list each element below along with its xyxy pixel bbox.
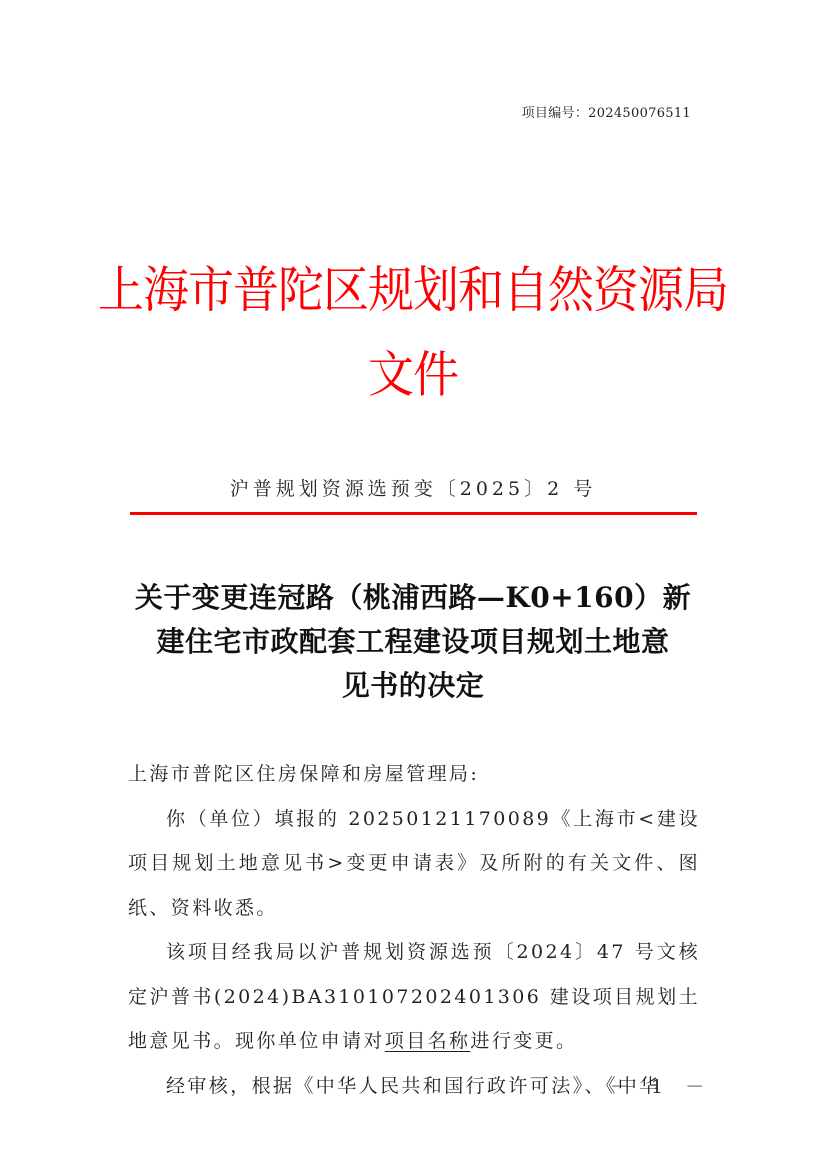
page-number: － 1 － (610, 1072, 712, 1099)
title-line-2: 建住宅市政配套工程建设项目规划土地意 (125, 620, 701, 664)
document-title: 关于变更连冠路（桃浦西路—K0+160）新 建住宅市政配套工程建设项目规划土地意… (125, 576, 701, 708)
title-line-3: 见书的决定 (125, 664, 701, 708)
addressee: 上海市普陀区住房保障和房屋管理局: (128, 752, 700, 797)
letterhead: 上海市普陀区规划和自然资源局 文件 (0, 256, 826, 407)
underlined-change-item: 项目名称 (385, 1030, 471, 1052)
project-number-value: 202450076511 (588, 106, 691, 121)
document-body: 上海市普陀区住房保障和房屋管理局: 你（单位）填报的 2025012117008… (128, 752, 700, 1108)
project-number-label: 项目编号： (522, 106, 589, 121)
paragraph-1: 你（单位）填报的 20250121170089《上海市<建设项目规划土地意见书>… (128, 797, 700, 931)
paragraph-2: 该项目经我局以沪普规划资源选预〔2024〕47 号文核定沪普书(2024)BA3… (128, 930, 700, 1064)
letterhead-organization: 上海市普陀区规划和自然资源局 (98, 261, 728, 319)
document-number: 沪普规划资源选预变〔2025〕2 号 (0, 474, 826, 501)
paragraph-2-tail: 进行变更。 (470, 1030, 577, 1052)
project-number: 项目编号：202450076511 (522, 102, 691, 121)
title-line-1: 关于变更连冠路（桃浦西路—K0+160）新 (125, 576, 701, 620)
letterhead-doc-type: 文件 (0, 341, 826, 408)
red-divider-line (130, 512, 697, 515)
